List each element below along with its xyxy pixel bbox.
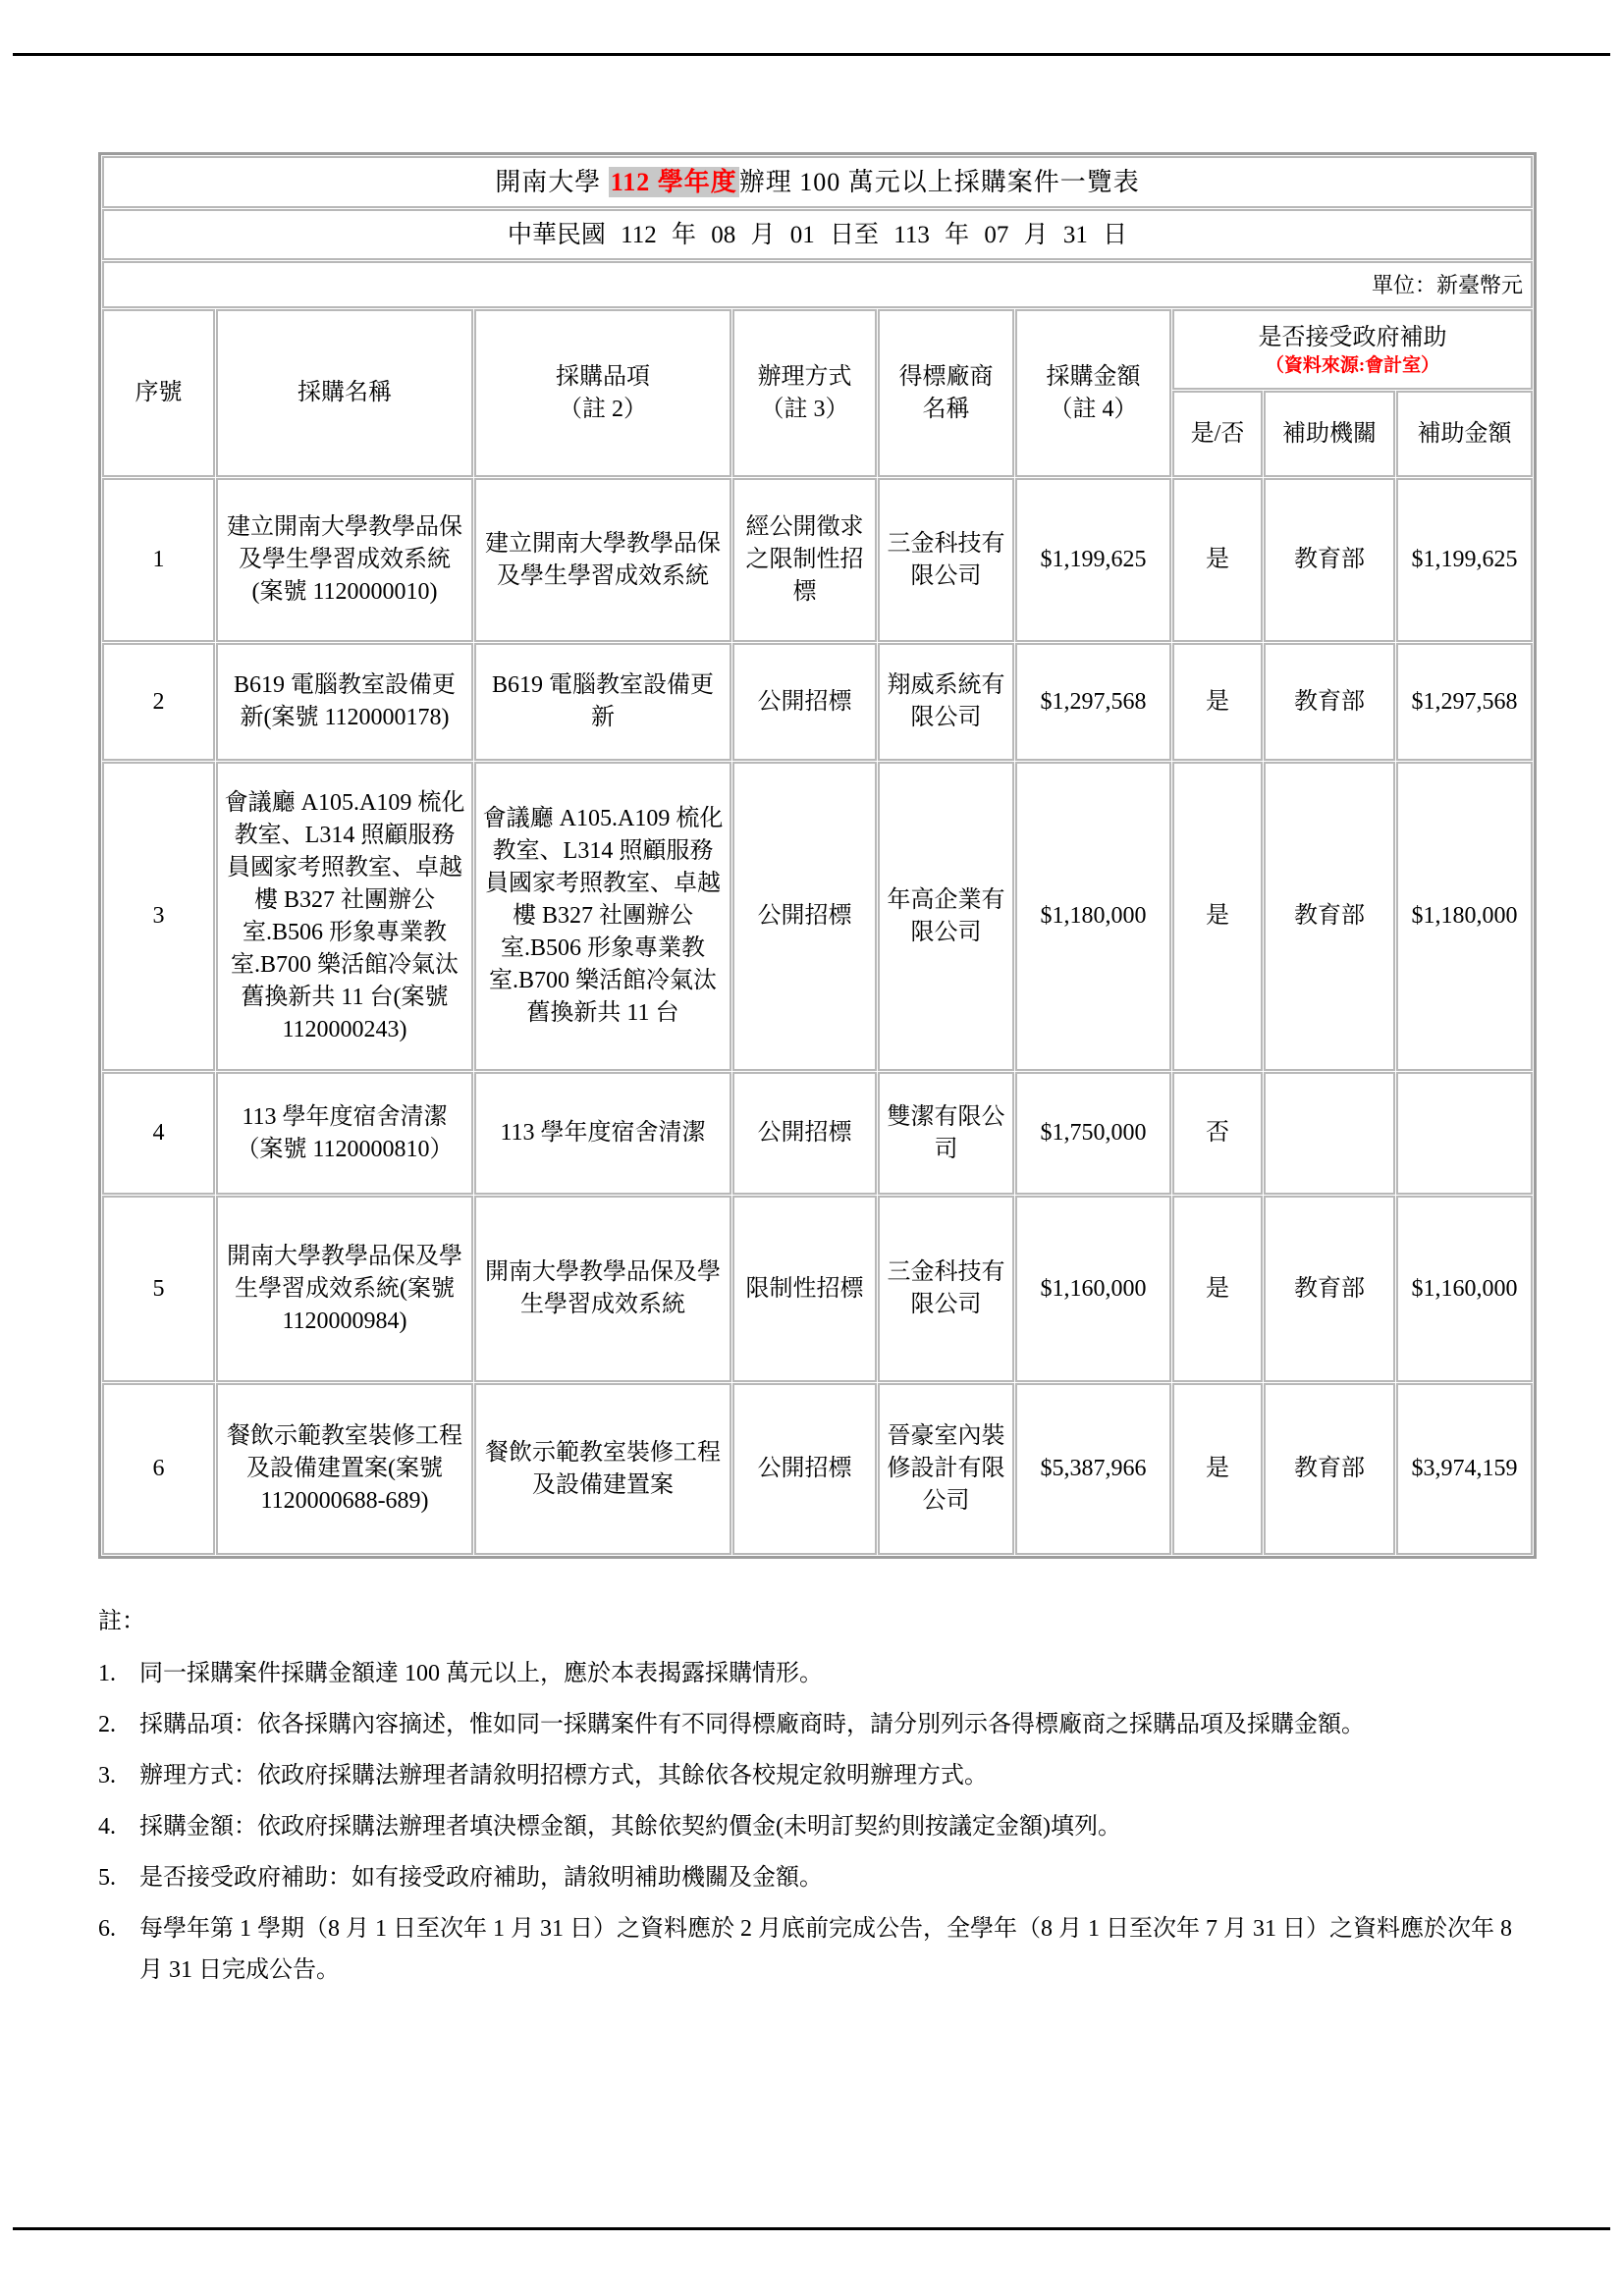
cell-subsidized: 是: [1172, 478, 1263, 642]
cell-seq: 6: [102, 1383, 215, 1555]
cell-seq: 1: [102, 478, 215, 642]
cell-vendor: 雙潔有限公司: [878, 1072, 1014, 1195]
note-item: 1.同一採購案件採購金額達 100 萬元以上，應於本表揭露採購情形。: [98, 1653, 1525, 1694]
cell-amount: $1,297,568: [1015, 643, 1171, 761]
title-highlight: 112 學年度: [609, 167, 739, 197]
cell-agency: 教育部: [1264, 643, 1395, 761]
date-line: 中華民國 112 年 08 月 01 日至 113 年 07 月 31 日: [102, 209, 1533, 260]
note-text: 是否接受政府補助：如有接受政府補助，請敘明補助機關及金額。: [139, 1865, 823, 1891]
cell-vendor: 三金科技有限公司: [878, 1196, 1014, 1382]
cell-seq: 4: [102, 1072, 215, 1195]
page-title: 開南大學 112 學年度辦理 100 萬元以上採購案件一覽表: [102, 156, 1533, 208]
col-header-name: 採購名稱: [216, 309, 473, 477]
note-item: 6.每學年第 1 學期（8 月 1 日至次年 1 月 31 日）之資料應於 2 …: [98, 1908, 1525, 1991]
cell-item: 餐飲示範教室裝修工程及設備建置案: [474, 1383, 731, 1555]
cell-item: 113 學年度宿舍清潔: [474, 1072, 731, 1195]
cell-seq: 5: [102, 1196, 215, 1382]
table-row: 3 會議廳 A105.A109 梳化教室、L314 照顧服務員國家考照教室、卓越…: [102, 762, 1533, 1071]
subsidy-group-title: 是否接受政府補助: [1180, 321, 1525, 354]
cell-subsidized: 是: [1172, 1196, 1263, 1382]
bottom-rule: [13, 2227, 1610, 2230]
title-suffix: 辦理 100 萬元以上採購案件一覽表: [739, 168, 1140, 196]
note-text: 同一採購案件採購金額達 100 萬元以上，應於本表揭露採購情形。: [139, 1661, 823, 1686]
date-row: 中華民國 112 年 08 月 01 日至 113 年 07 月 31 日: [102, 209, 1533, 260]
note-number: 4.: [98, 1806, 139, 1847]
document-page: { "header": { "title_prefix": "開南大學 ", "…: [0, 0, 1623, 2296]
cell-item: 建立開南大學教學品保及學生學習成效系統: [474, 478, 731, 642]
cell-agency: 教育部: [1264, 478, 1395, 642]
table-row: 2 B619 電腦教室設備更新(案號 1120000178) B619 電腦教室…: [102, 643, 1533, 761]
cell-subsidized: 是: [1172, 643, 1263, 761]
cell-subsidy-amount: $3,974,159: [1396, 1383, 1533, 1555]
col-header-seq: 序號: [102, 309, 215, 477]
table-row: 1 建立開南大學教學品保及學生學習成效系統(案號 1120000010) 建立開…: [102, 478, 1533, 642]
cell-subsidy-amount: [1396, 1072, 1533, 1195]
note-text: 採購金額：依政府採購法辦理者填決標金額，其餘依契約價金(未明訂契約則按議定金額)…: [139, 1814, 1121, 1840]
table-row: 4 113 學年度宿舍清潔（案號 1120000810） 113 學年度宿舍清潔…: [102, 1072, 1533, 1195]
cell-vendor: 年高企業有限公司: [878, 762, 1014, 1071]
cell-subsidy-amount: $1,297,568: [1396, 643, 1533, 761]
cell-name: 建立開南大學教學品保及學生學習成效系統(案號 1120000010): [216, 478, 473, 642]
notes-label: 註：: [98, 1600, 1525, 1643]
cell-item: B619 電腦教室設備更新: [474, 643, 731, 761]
cell-vendor: 三金科技有限公司: [878, 478, 1014, 642]
note-item: 5.是否接受政府補助：如有接受政府補助，請敘明補助機關及金額。: [98, 1857, 1525, 1898]
cell-method: 公開招標: [732, 1383, 877, 1555]
cell-method: 公開招標: [732, 643, 877, 761]
cell-item: 開南大學教學品保及學生學習成效系統: [474, 1196, 731, 1382]
cell-subsidized: 是: [1172, 1383, 1263, 1555]
note-number: 1.: [98, 1653, 139, 1694]
title-row: 開南大學 112 學年度辦理 100 萬元以上採購案件一覽表: [102, 156, 1533, 208]
cell-method: 經公開徵求之限制性招標: [732, 478, 877, 642]
cell-name: 餐飲示範教室裝修工程及設備建置案(案號 1120000688-689): [216, 1383, 473, 1555]
cell-agency: [1264, 1072, 1395, 1195]
cell-method: 限制性招標: [732, 1196, 877, 1382]
cell-agency: 教育部: [1264, 1196, 1395, 1382]
note-number: 6.: [98, 1908, 139, 1949]
note-number: 3.: [98, 1755, 139, 1796]
procurement-table: 開南大學 112 學年度辦理 100 萬元以上採購案件一覽表 中華民國 112 …: [98, 152, 1537, 1559]
col-header-subsidy-group: 是否接受政府補助 （資料來源:會計室）: [1172, 309, 1533, 390]
note-text: 採購品項：依各採購內容摘述，惟如同一採購案件有不同得標廠商時，請分別列示各得標廠…: [139, 1712, 1365, 1737]
col-header-subsidy-yn: 是/否: [1172, 391, 1263, 477]
cell-agency: 教育部: [1264, 762, 1395, 1071]
note-text: 每學年第 1 學期（8 月 1 日至次年 1 月 31 日）之資料應於 2 月底…: [139, 1916, 1512, 1983]
note-item: 4.採購金額：依政府採購法辦理者填決標金額，其餘依契約價金(未明訂契約則按議定金…: [98, 1806, 1525, 1847]
cell-subsidy-amount: $1,199,625: [1396, 478, 1533, 642]
unit-row: 單位：新臺幣元: [102, 261, 1533, 308]
cell-vendor: 晉豪室內裝修設計有限公司: [878, 1383, 1014, 1555]
col-header-vendor: 得標廠商 名稱: [878, 309, 1014, 477]
cell-agency: 教育部: [1264, 1383, 1395, 1555]
cell-amount: $1,199,625: [1015, 478, 1171, 642]
note-number: 2.: [98, 1704, 139, 1745]
cell-seq: 2: [102, 643, 215, 761]
note-item: 3.辦理方式：依政府採購法辦理者請敘明招標方式，其餘依各校規定敘明辦理方式。: [98, 1755, 1525, 1796]
cell-seq: 3: [102, 762, 215, 1071]
top-rule: [13, 53, 1610, 56]
col-header-method: 辦理方式 （註 3）: [732, 309, 877, 477]
col-header-item: 採購品項 （註 2）: [474, 309, 731, 477]
header-row-1: 序號 採購名稱 採購品項 （註 2） 辦理方式 （註 3） 得標廠商 名稱 採購…: [102, 309, 1533, 390]
cell-item: 會議廳 A105.A109 梳化教室、L314 照顧服務員國家考照教室、卓越樓 …: [474, 762, 731, 1071]
cell-subsidy-amount: $1,180,000: [1396, 762, 1533, 1071]
notes-section: 註： 1.同一採購案件採購金額達 100 萬元以上，應於本表揭露採購情形。 2.…: [98, 1600, 1525, 1991]
col-header-subsidy-agency: 補助機關: [1264, 391, 1395, 477]
title-prefix: 開南大學: [495, 168, 609, 196]
table-row: 5 開南大學教學品保及學生學習成效系統(案號 1120000984) 開南大學教…: [102, 1196, 1533, 1382]
document-content: 開南大學 112 學年度辦理 100 萬元以上採購案件一覽表 中華民國 112 …: [98, 152, 1525, 1991]
cell-method: 公開招標: [732, 762, 877, 1071]
col-header-subsidy-amount: 補助金額: [1396, 391, 1533, 477]
cell-amount: $5,387,966: [1015, 1383, 1171, 1555]
cell-subsidy-amount: $1,160,000: [1396, 1196, 1533, 1382]
cell-name: 113 學年度宿舍清潔（案號 1120000810）: [216, 1072, 473, 1195]
cell-amount: $1,750,000: [1015, 1072, 1171, 1195]
note-item: 2.採購品項：依各採購內容摘述，惟如同一採購案件有不同得標廠商時，請分別列示各得…: [98, 1704, 1525, 1745]
col-header-amount: 採購金額 （註 4）: [1015, 309, 1171, 477]
cell-subsidized: 是: [1172, 762, 1263, 1071]
cell-amount: $1,180,000: [1015, 762, 1171, 1071]
cell-name: 開南大學教學品保及學生學習成效系統(案號 1120000984): [216, 1196, 473, 1382]
cell-subsidized: 否: [1172, 1072, 1263, 1195]
cell-vendor: 翔威系統有限公司: [878, 643, 1014, 761]
cell-method: 公開招標: [732, 1072, 877, 1195]
cell-amount: $1,160,000: [1015, 1196, 1171, 1382]
note-number: 5.: [98, 1857, 139, 1898]
subsidy-group-source: （資料來源:會計室）: [1180, 354, 1525, 378]
note-text: 辦理方式：依政府採購法辦理者請敘明招標方式，其餘依各校規定敘明辦理方式。: [139, 1763, 988, 1789]
cell-name: 會議廳 A105.A109 梳化教室、L314 照顧服務員國家考照教室、卓越樓 …: [216, 762, 473, 1071]
unit-label: 單位：新臺幣元: [102, 261, 1533, 308]
table-row: 6 餐飲示範教室裝修工程及設備建置案(案號 1120000688-689) 餐飲…: [102, 1383, 1533, 1555]
cell-name: B619 電腦教室設備更新(案號 1120000178): [216, 643, 473, 761]
